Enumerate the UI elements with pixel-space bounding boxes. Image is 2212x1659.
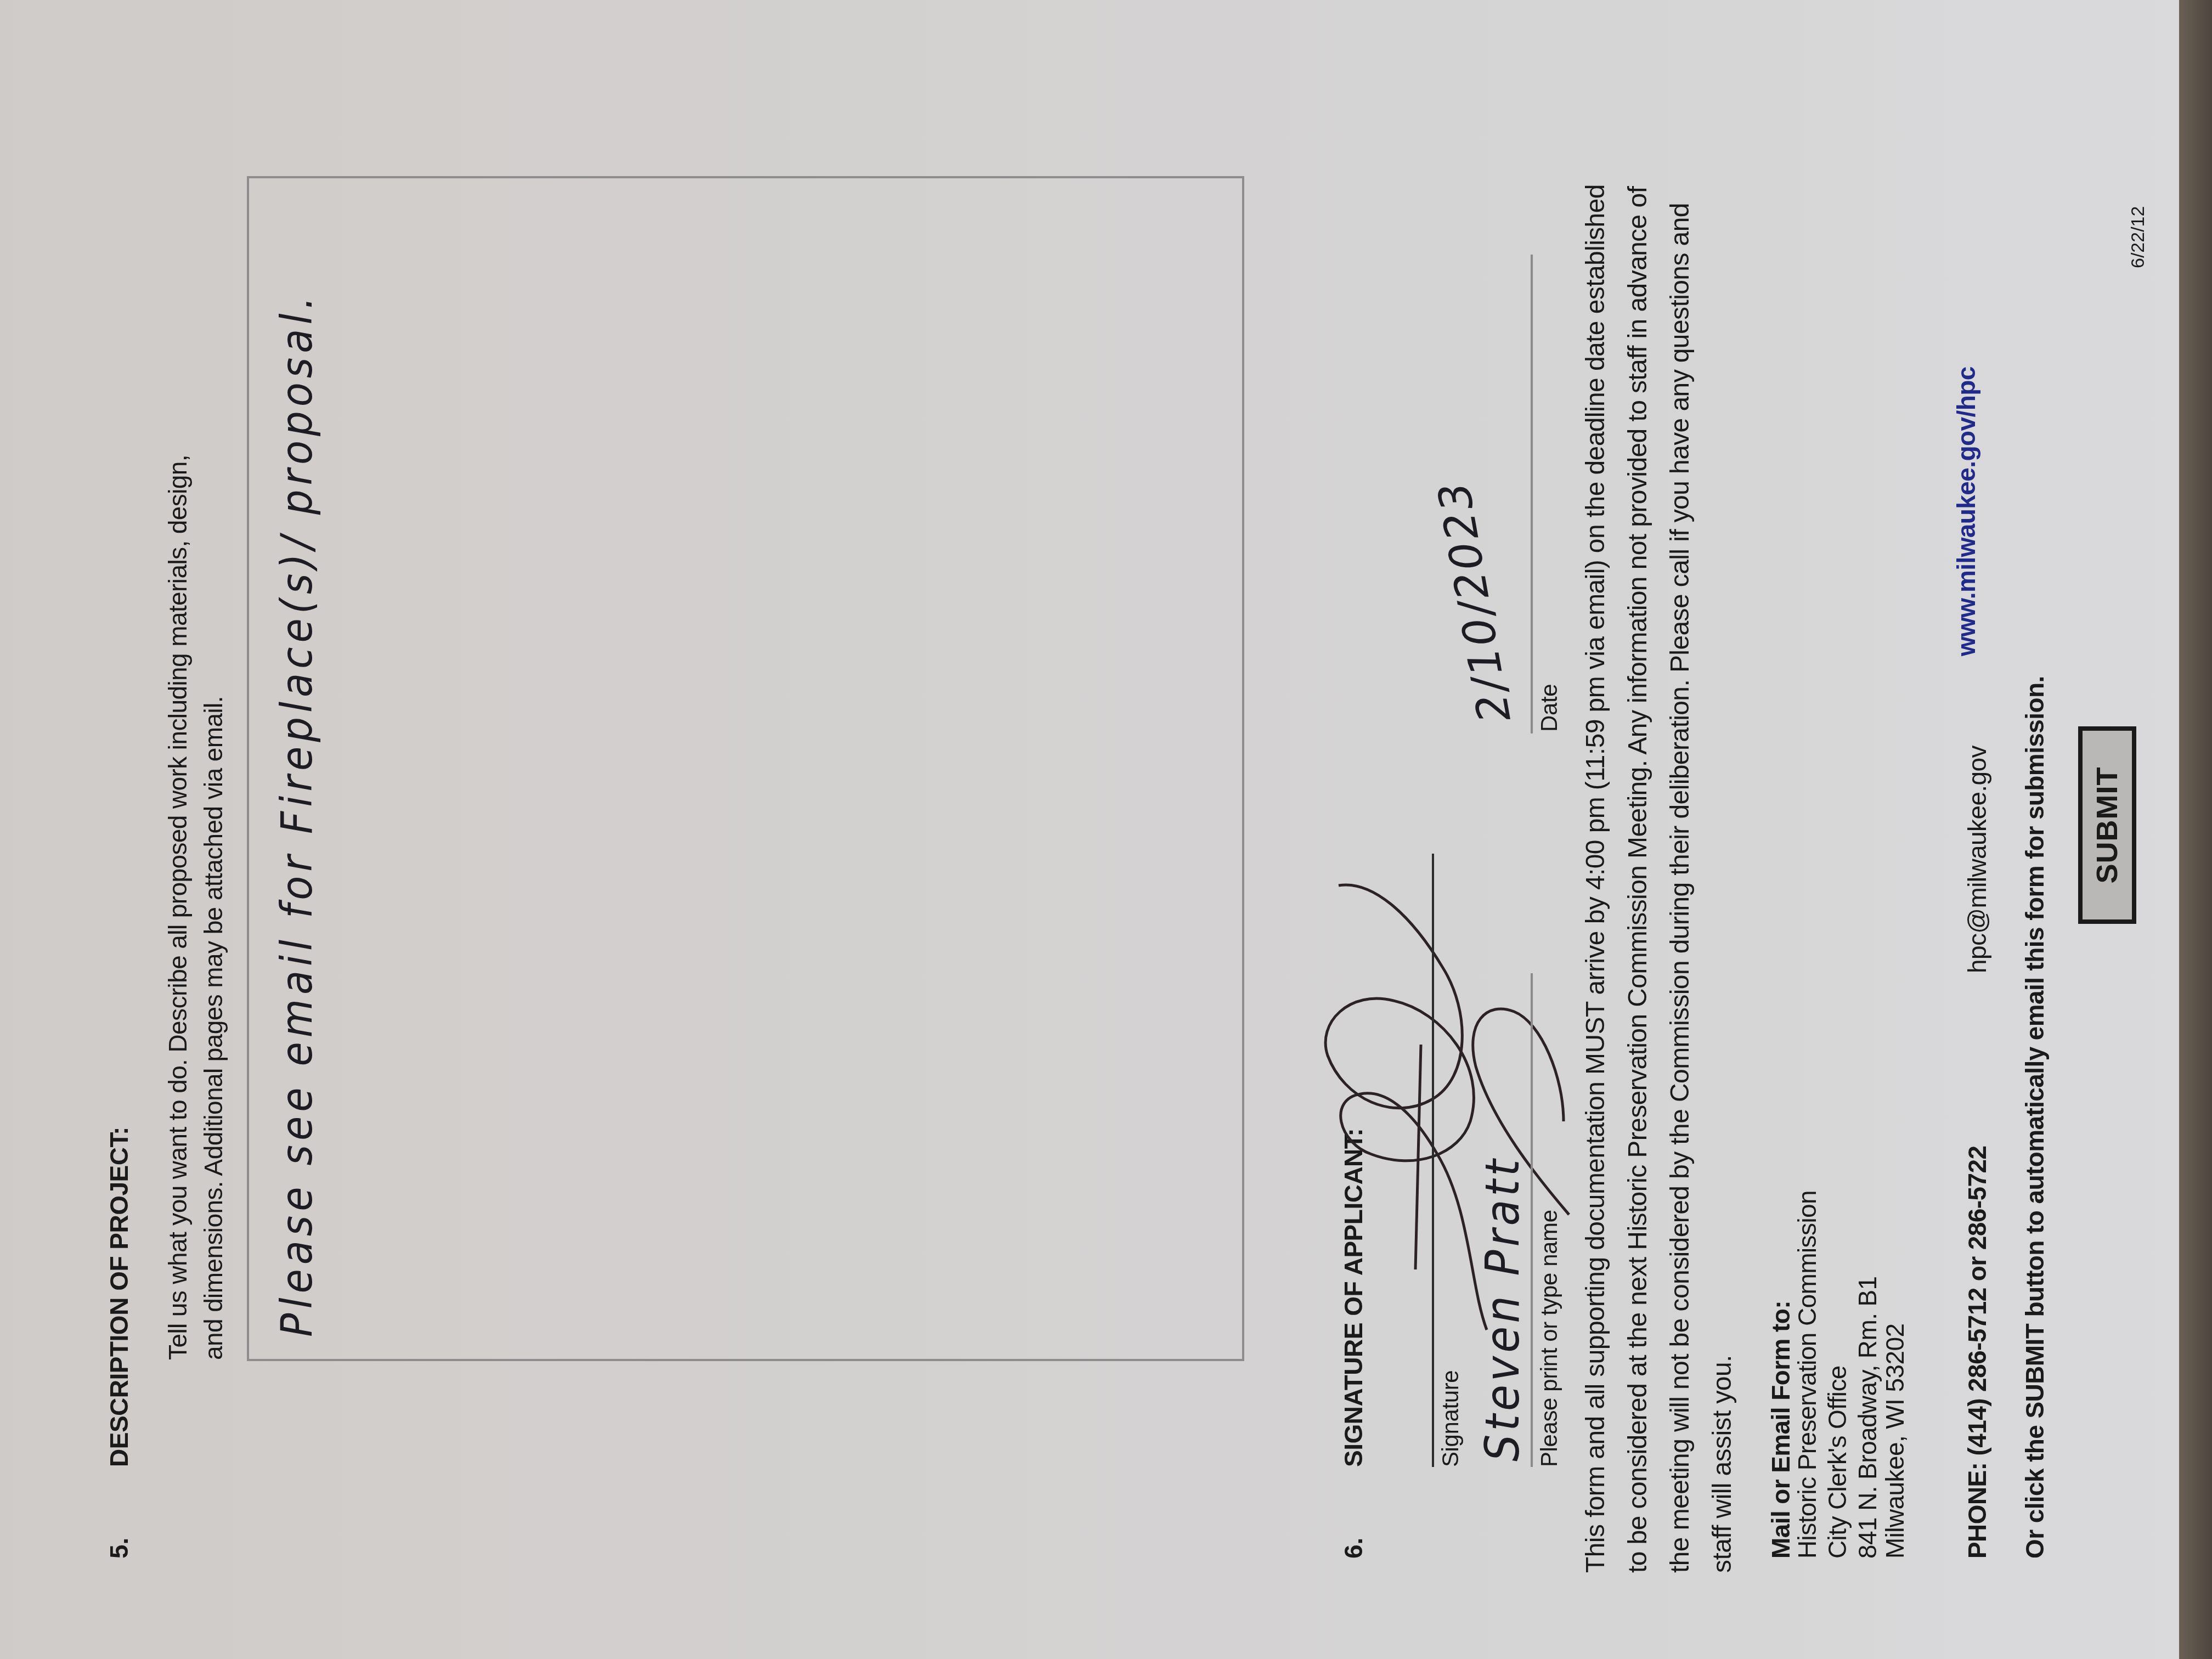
mail-line-3: 841 N. Broadway, Rm. B1 (1854, 1276, 1881, 1559)
notice-line-1: This form and all supporting documentati… (1575, 184, 1617, 1573)
description-textarea[interactable]: Please see email for Fireplace(s)/ propo… (247, 176, 1244, 1361)
date-value: 2/10/2023 (1428, 476, 1521, 726)
section-5-heading: DESCRIPTION OF PROJECT: (104, 1127, 134, 1467)
mail-line-2: City Clerk's Office (1824, 1365, 1850, 1559)
notice-line-4: staff will assist you. (1701, 1355, 1743, 1573)
handwritten-description: Please see email for Fireplace(s)/ propo… (271, 292, 321, 1337)
signature-line[interactable] (1432, 854, 1434, 1467)
form-revision-date: 6/22/12 (2128, 206, 2149, 268)
section-6-number: 6. (1339, 1538, 1368, 1559)
notice-line-2: to be considered at the next Historic Pr… (1617, 187, 1659, 1573)
mail-heading: Mail or Email Form to: (1768, 1301, 1794, 1559)
print-name-line[interactable] (1531, 973, 1533, 1467)
website-link[interactable]: www.milwaukee.gov/hpc (1953, 366, 1979, 656)
section-5-instructions-line1: Tell us what you want to do. Describe al… (165, 455, 191, 1360)
date-line[interactable] (1531, 255, 1533, 733)
form-page: 5. DESCRIPTION OF PROJECT: Tell us what … (0, 0, 2189, 1659)
section-5-number: 5. (104, 1538, 134, 1559)
signature-label: Signature (1437, 1370, 1464, 1467)
mail-line-1: Historic Preservation Commission (1794, 1190, 1820, 1559)
submit-instruction: Or click the SUBMIT button to automatica… (2022, 676, 2048, 1559)
phone-numbers: PHONE: (414) 286-5712 or 286-5722 (1964, 1146, 1990, 1559)
section-5-instructions-line2: and dimensions. Additional pages may be … (200, 696, 227, 1360)
mail-line-4: Milwaukee, WI 53202 (1882, 1324, 1908, 1559)
date-label: Date (1536, 684, 1562, 732)
print-name-label: Please print or type name (1536, 1210, 1562, 1467)
printed-name-value: Steven Pratt (1476, 1156, 1530, 1462)
submit-button[interactable]: SUBMIT (2078, 726, 2136, 924)
notice-line-3: the meeting will not be considered by th… (1659, 203, 1701, 1573)
email-link[interactable]: hpc@milwaukee.gov (1964, 746, 1990, 973)
